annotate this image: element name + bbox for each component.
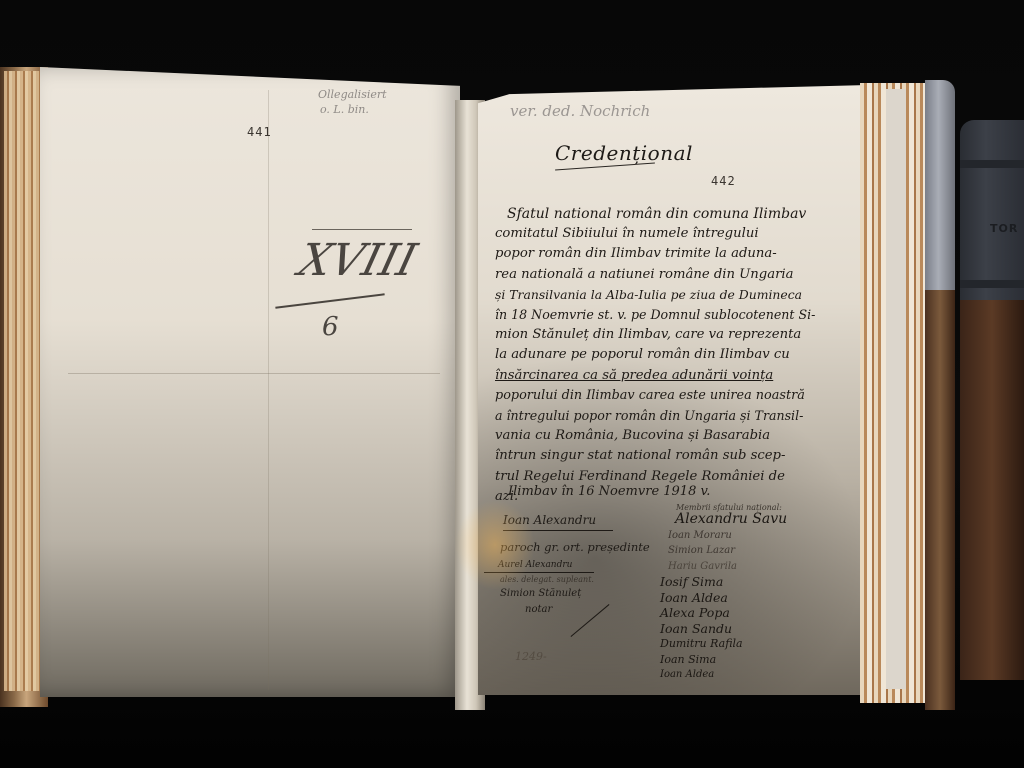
council-signatures: Alexandru Savu Ioan Moraru Simion Lazar …	[660, 512, 787, 683]
body-line: Sfatul national român din comuna Ilimbav	[495, 204, 855, 224]
left-page-number: 441	[247, 125, 272, 139]
left-pencil-note-line2: o. L. bin.	[320, 103, 369, 116]
body-line: întrun singur stat national român sub sc…	[495, 446, 855, 466]
left-page-fold	[68, 373, 440, 374]
body-line: vania cu România, Bucovina și Basarabia	[495, 426, 855, 446]
body-line: în 18 Noemvrie st. v. pe Domnul sublocot…	[495, 305, 855, 325]
body-line: comitatul Sibiiului în numele întregului	[495, 224, 855, 244]
roman-overline	[312, 229, 412, 230]
light-glare	[455, 500, 535, 590]
council-signature: Alexandru Savu	[660, 512, 787, 528]
left-page-vertical-fold	[268, 90, 269, 690]
council-signature: Ioan Sandu	[660, 621, 787, 637]
date-line: Ilimbav în 16 Noemvre 1918 v.	[508, 484, 710, 499]
body-line: rea natională a natiunei române din Unga…	[495, 265, 855, 285]
body-line: a întregului popor român din Ungaria și …	[495, 406, 855, 426]
council-signature: Dumitru Rafila	[660, 636, 787, 652]
page-mark: 1249-	[515, 650, 547, 663]
body-line: poporului din Ilimbav carea este unirea …	[495, 386, 855, 406]
council-signature: Ioan Aldea	[660, 667, 787, 683]
council-signature: Ioan Sima	[660, 652, 787, 668]
council-signature: Ioan Aldea	[660, 590, 787, 606]
roman-numeral: XVIII	[294, 235, 422, 286]
credential-body: Sfatul national român din comuna Ilimbav…	[495, 204, 855, 507]
document-title: Credențional	[555, 141, 693, 165]
council-signature: Ioan Moraru	[660, 528, 787, 544]
right-page-edges	[860, 83, 930, 703]
council-signature: Hariu Gavrila	[660, 559, 787, 575]
left-page-edges	[4, 71, 46, 691]
signature-notary-role: notar	[525, 604, 552, 615]
spine-leather-lower	[960, 300, 1024, 680]
left-page	[40, 67, 460, 697]
roman-denominator: 6	[322, 312, 339, 342]
council-signature: Alexa Popa	[660, 605, 787, 621]
body-line: însărcinarea ca să predea adunării voinț…	[495, 366, 855, 386]
council-signature: Iosif Sima	[660, 574, 787, 590]
spine-band	[960, 280, 1024, 288]
body-line: și Transilvania la Alba-Iulia pe ziua de…	[495, 285, 855, 305]
cover-leather	[925, 290, 955, 710]
page-strip	[886, 89, 906, 689]
body-line: mion Stănuleț din Ilimbav, care va repre…	[495, 325, 855, 345]
body-line: la adunare pe poporul român din Ilimbav …	[495, 345, 855, 365]
council-signature: Simion Lazar	[660, 543, 787, 559]
left-pencil-note-line1: Ollegalisiert	[318, 88, 387, 101]
spine-band	[960, 160, 1024, 168]
right-cover	[925, 80, 955, 710]
background-book-spine	[960, 120, 1024, 680]
spine-label: TOR	[990, 222, 1018, 235]
right-page-number: 442	[711, 174, 736, 188]
body-line: popor român din Ilimbav trimite la aduna…	[495, 244, 855, 264]
right-pencil-note: ver. ded. Nochrich	[510, 102, 650, 120]
